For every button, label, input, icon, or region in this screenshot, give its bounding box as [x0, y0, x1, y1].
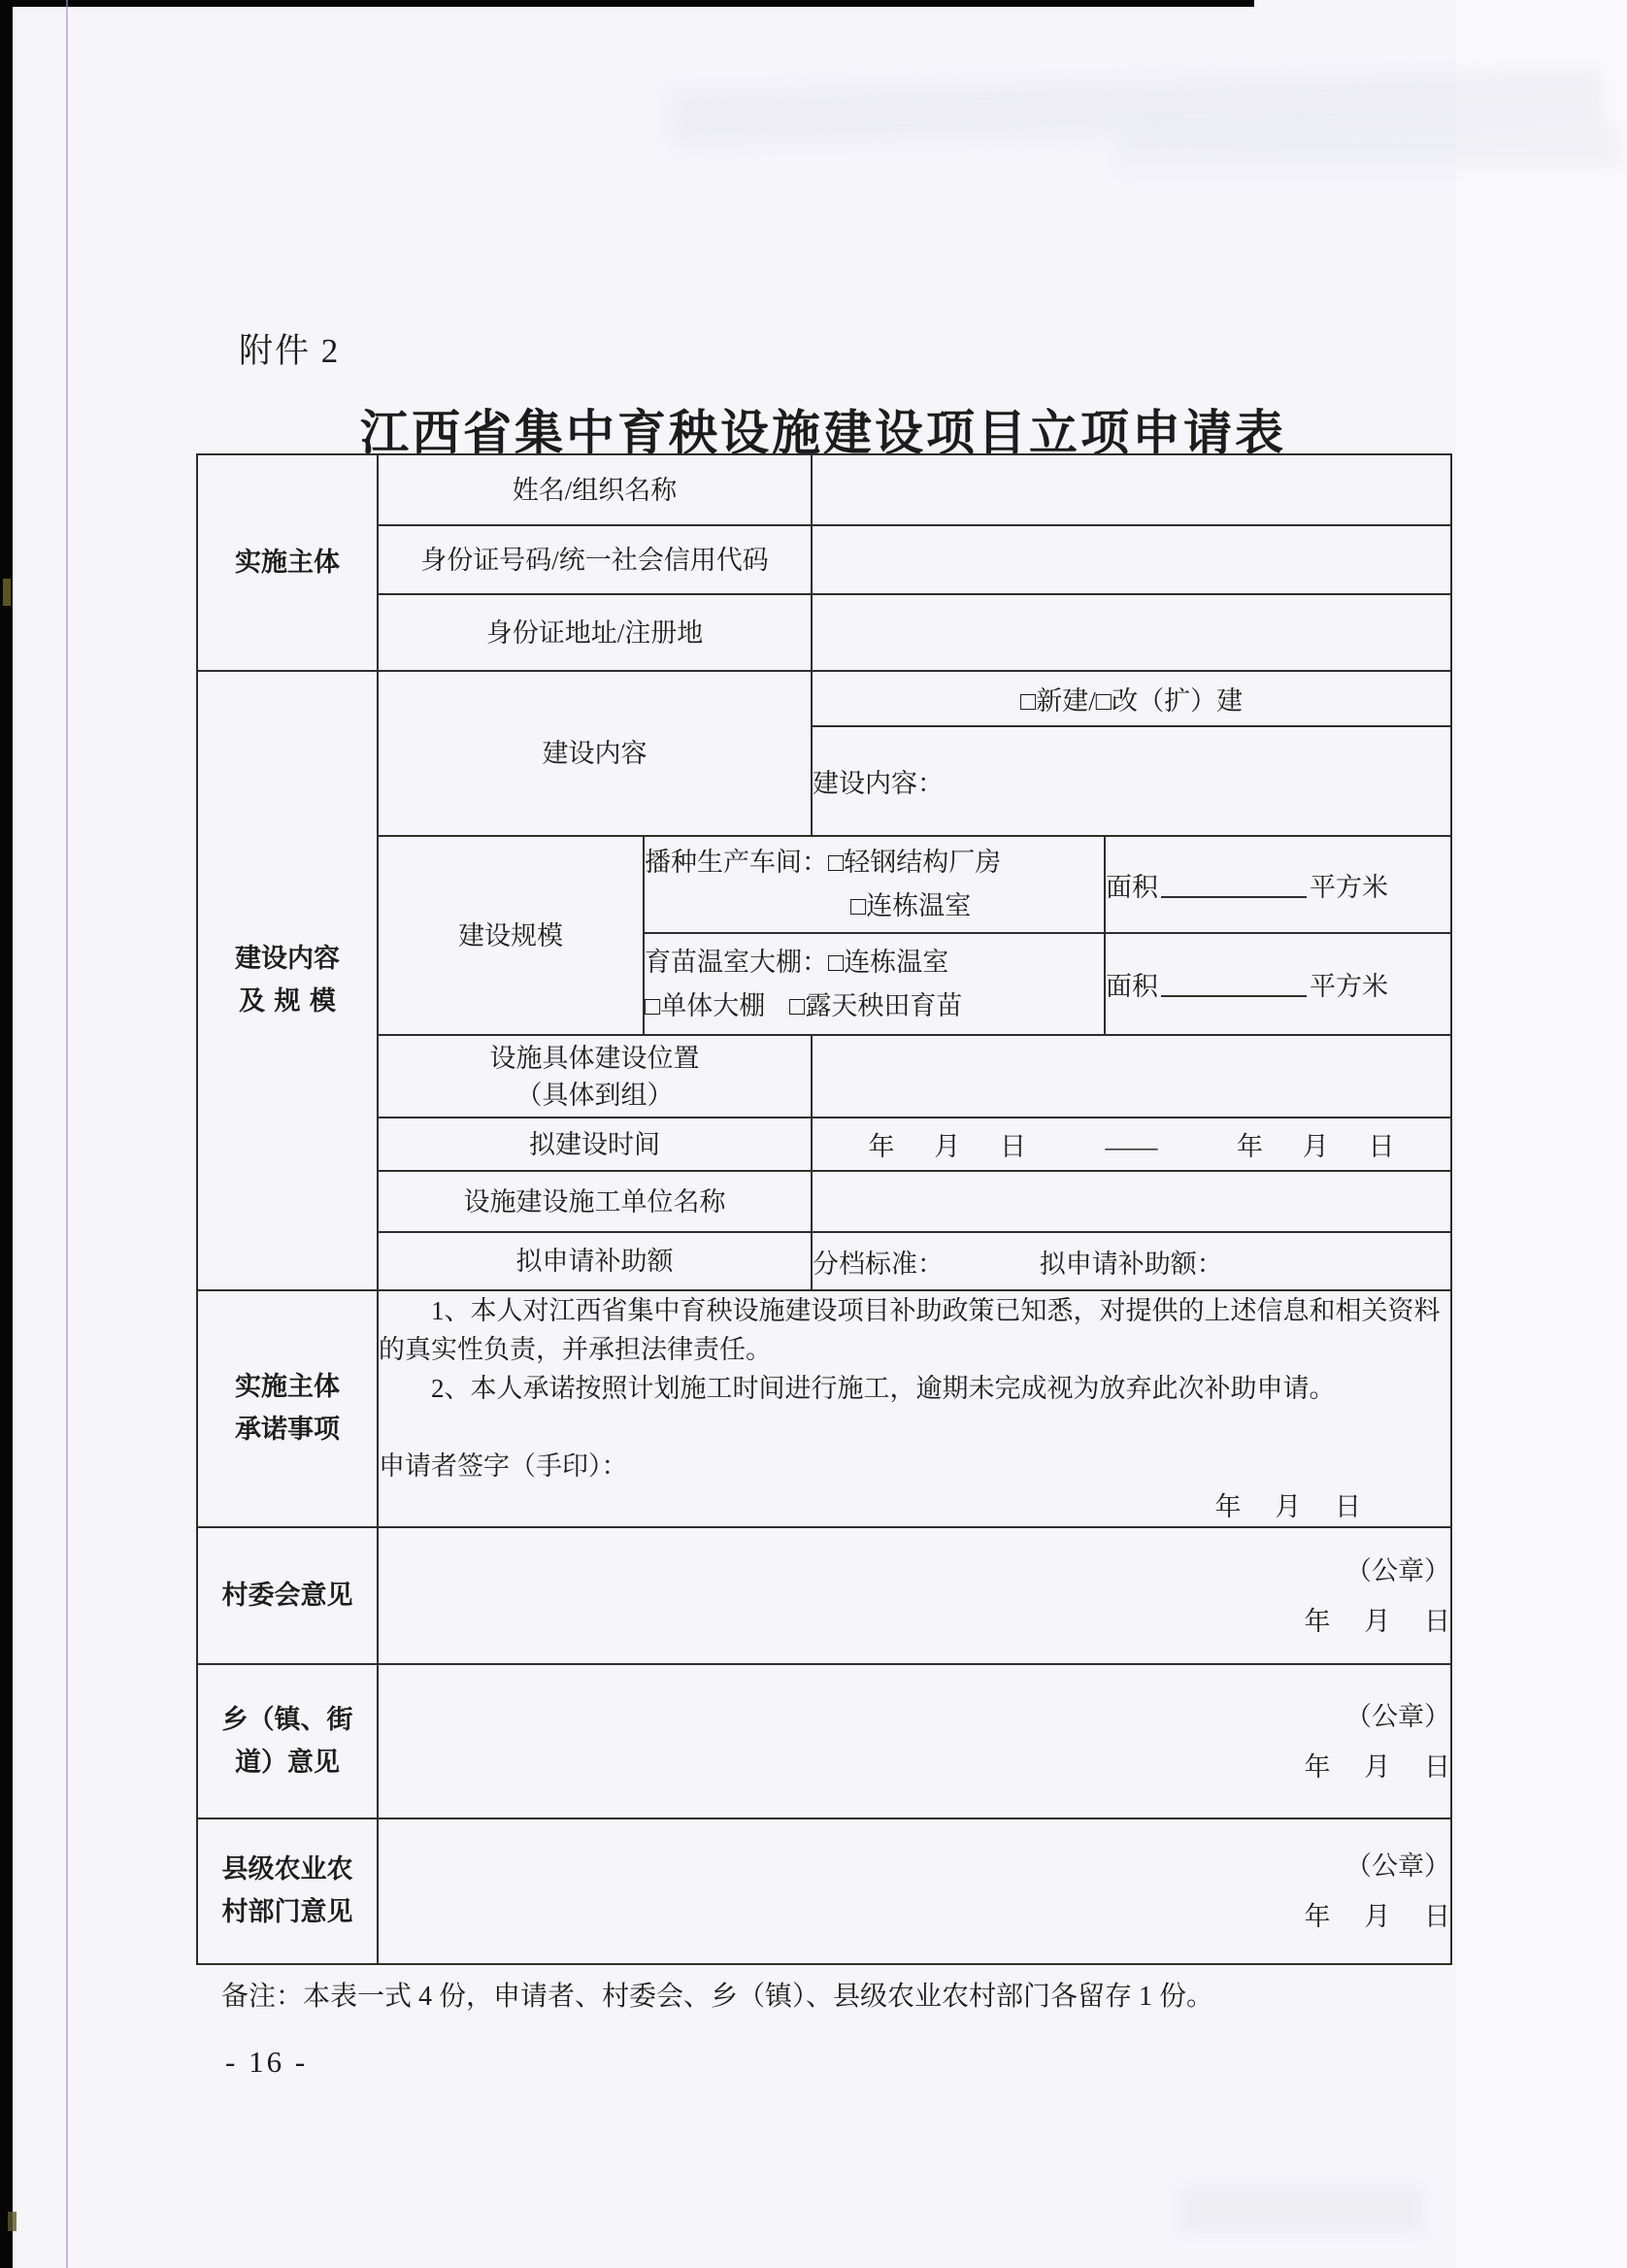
- area-label: 面积: [1106, 972, 1158, 1001]
- section-header-line: 村部门意见: [198, 1891, 377, 1934]
- field-id-value-cell: [812, 525, 1451, 594]
- commitment-item: 2、本人承诺按照计划施工时间进行施工，逾期未完成视为放弃此次补助申请。: [379, 1369, 1450, 1408]
- construction-detail-cell: 建设内容：: [812, 726, 1451, 836]
- page-number: - 16 -: [225, 2045, 308, 2080]
- commitment-content-cell: 1、本人对江西省集中育秧设施建设项目补助政策已知悉，对提供的上述信息和相关资料的…: [378, 1290, 1451, 1527]
- village-opinion-cell: （公章） 年 月 日: [378, 1527, 1451, 1664]
- location-label-line: （具体到组）: [379, 1077, 811, 1114]
- section-header-county-opinion: 县级农业农 村部门意见: [197, 1818, 378, 1964]
- build-type-options: □新建/□改（扩）建: [812, 671, 1451, 726]
- section-header-line: 承诺事项: [198, 1409, 377, 1451]
- scan-right-lighter-area: [1456, 0, 1627, 2268]
- scan-shadow-band: [1116, 124, 1621, 169]
- workshop-option-line: 播种生产车间：□轻钢结构厂房: [645, 841, 1104, 884]
- commitment-date-line: 年 月 日: [379, 1487, 1450, 1526]
- section-header-construction: 建设内容 及 规 模: [197, 671, 378, 1290]
- subsidy-label: 拟申请补助额: [378, 1232, 812, 1290]
- section-header-subject: 实施主体: [197, 454, 378, 671]
- official-seal-placeholder: （公章）: [379, 1849, 1450, 1884]
- signature-label: 申请者签字（手印）：: [379, 1447, 1450, 1485]
- scan-speck: [3, 579, 11, 606]
- section-header-line: 道）意见: [198, 1742, 377, 1784]
- location-label: 设施具体建设位置 （具体到组）: [378, 1035, 812, 1117]
- area-unit: 平方米: [1310, 972, 1388, 1001]
- builder-name-label: 设施建设施工单位名称: [378, 1171, 812, 1232]
- county-opinion-cell: （公章） 年 月 日: [378, 1818, 1451, 1964]
- section-header-line: 乡（镇、街: [198, 1699, 377, 1742]
- notebook-margin-line: [66, 0, 68, 2268]
- builder-name-value-cell: [812, 1171, 1451, 1232]
- workshop-area-cell: 面积平方米: [1105, 836, 1451, 933]
- footer-note: 备注：本表一式 4 份，申请者、村委会、乡（镇）、县级农业农村部门各留存 1 份…: [221, 1975, 1213, 2014]
- scan-speck: [8, 2212, 17, 2231]
- official-seal-placeholder: （公章）: [379, 1699, 1450, 1734]
- build-time-value: 年 月 日 —— 年 月 日: [812, 1117, 1451, 1171]
- greenhouse-options-cell: 育苗温室大棚：□连栋温室 □单体大棚 □露天秧田育苗: [644, 933, 1105, 1035]
- location-label-line: 设施具体建设位置: [379, 1040, 811, 1077]
- section-header-commitment: 实施主体 承诺事项: [197, 1290, 378, 1527]
- field-name-value-cell: [812, 454, 1451, 525]
- scan-edge-left: [0, 0, 13, 2268]
- scan-edge-top: [0, 0, 1254, 7]
- official-seal-placeholder: （公章）: [379, 1553, 1450, 1588]
- subsidy-tier-label: 分档标准：: [813, 1250, 944, 1279]
- area-unit: 平方米: [1310, 873, 1388, 902]
- workshop-options-cell: 播种生产车间：□轻钢结构厂房 □连栋温室: [644, 836, 1105, 933]
- section-header-line: 县级农业农: [198, 1849, 377, 1891]
- greenhouse-option-line: □单体大棚 □露天秧田育苗: [645, 984, 1104, 1028]
- township-opinion-cell: （公章） 年 月 日: [378, 1664, 1451, 1818]
- area-blank-underline: [1161, 966, 1307, 997]
- field-name-label: 姓名/组织名称: [378, 454, 812, 525]
- section-header-line: 村委会意见: [198, 1575, 377, 1618]
- area-label: 面积: [1106, 873, 1158, 902]
- build-time-label: 拟建设时间: [378, 1117, 812, 1171]
- field-id-label: 身份证号码/统一社会信用代码: [378, 525, 812, 594]
- greenhouse-option-line: 育苗温室大棚：□连栋温室: [645, 941, 1104, 984]
- location-value-cell: [812, 1035, 1451, 1117]
- attachment-label: 附件 2: [239, 324, 340, 373]
- field-address-label: 身份证地址/注册地: [378, 594, 812, 671]
- scanned-document-page: 附件 2 江西省集中育秧设施建设项目立项申请表 实施主体 姓名/组织名称 身份证…: [0, 0, 1627, 2268]
- section-header-label: 实施主体: [235, 548, 340, 578]
- subsidy-amount-label: 拟申请补助额：: [1040, 1250, 1223, 1279]
- scan-smudge: [1179, 2186, 1422, 2233]
- construction-content-label: 建设内容: [378, 671, 812, 836]
- date-line: 年 月 日: [379, 1750, 1450, 1784]
- field-address-value-cell: [812, 594, 1451, 671]
- commitment-item: 1、本人对江西省集中育秧设施建设项目补助政策已知悉，对提供的上述信息和相关资料的…: [379, 1291, 1450, 1369]
- subsidy-value-cell: 分档标准： 拟申请补助额：: [812, 1232, 1451, 1290]
- area-blank-underline: [1161, 867, 1307, 898]
- greenhouse-area-cell: 面积平方米: [1105, 933, 1451, 1035]
- application-form-table: 实施主体 姓名/组织名称 身份证号码/统一社会信用代码 身份证地址/注册地 建设…: [196, 453, 1452, 1965]
- date-line: 年 月 日: [379, 1604, 1450, 1639]
- section-header-line: 及 规 模: [198, 981, 377, 1023]
- section-header-village-opinion: 村委会意见: [197, 1527, 378, 1664]
- date-line: 年 月 日: [379, 1899, 1450, 1934]
- workshop-option-line: □连栋温室: [645, 884, 1104, 928]
- construction-scale-label: 建设规模: [378, 836, 644, 1035]
- section-header-township-opinion: 乡（镇、街 道）意见: [197, 1664, 378, 1818]
- section-header-line: 实施主体: [198, 1366, 377, 1409]
- section-header-line: 建设内容: [198, 938, 377, 981]
